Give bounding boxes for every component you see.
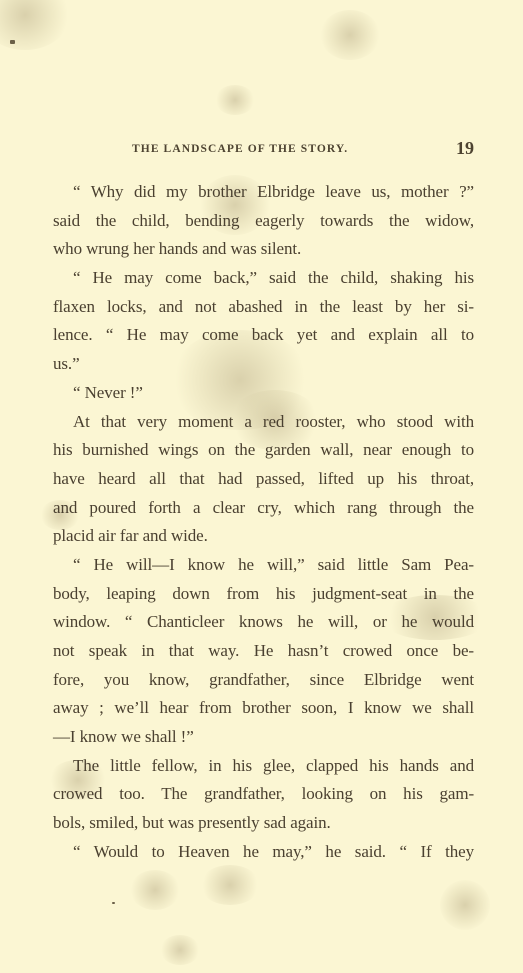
text-line: lence. “ He may come back yet and explai… [53,321,474,350]
text-line: said the child, bending eagerly towards … [53,207,474,236]
paper-stain [440,880,490,930]
paper-stain [215,85,255,115]
text-line: bols, smiled, but was presently sad agai… [53,809,474,838]
text-line: “ He will—I know he will,” said little S… [53,551,474,580]
text-line: who wrung her hands and was silent. [53,235,474,264]
text-line: “ He may come back,” said the child, sha… [53,264,474,293]
paper-stain [200,865,260,905]
text-line: window. “ Chanticleer knows he will, or … [53,608,474,637]
text-line: away ; we’ll hear from brother soon, I k… [53,694,474,723]
ink-speck [112,902,115,904]
text-line: and poured forth a clear cry, which rang… [53,494,474,523]
text-line: fore, you know, grandfather, since Elbri… [53,666,474,695]
text-line: crowed too. The grandfather, looking on … [53,780,474,809]
text-line: “ Why did my brother Elbridge leave us, … [53,178,474,207]
text-line: —I know we shall !” [53,723,474,752]
text-line: The little fellow, in his glee, clapped … [53,752,474,781]
text-line: placid air far and wide. [53,522,474,551]
text-line: us.” [53,350,474,379]
body-text: “ Why did my brother Elbridge leave us, … [53,178,474,867]
paper-stain [160,935,200,965]
text-line: his burnished wings on the garden wall, … [53,436,474,465]
paper-stain [130,870,180,910]
text-line: At that very moment a red rooster, who s… [53,408,474,437]
running-head: THE LANDSCAPE OF THE STORY. 19 [53,140,474,162]
text-line: “ Never !” [53,379,474,408]
page-number: 19 [456,138,474,159]
text-line: have heard all that had passed, lifted u… [53,465,474,494]
text-line: not speak in that way. He hasn’t crowed … [53,637,474,666]
ink-speck [10,40,15,44]
text-line: body, leaping down from his judgment-sea… [53,580,474,609]
text-line: “ Would to Heaven he may,” he said. “ If… [53,838,474,867]
running-title: THE LANDSCAPE OF THE STORY. [132,143,348,155]
paper-stain [320,10,380,60]
text-line: flaxen locks, and not abashed in the lea… [53,293,474,322]
